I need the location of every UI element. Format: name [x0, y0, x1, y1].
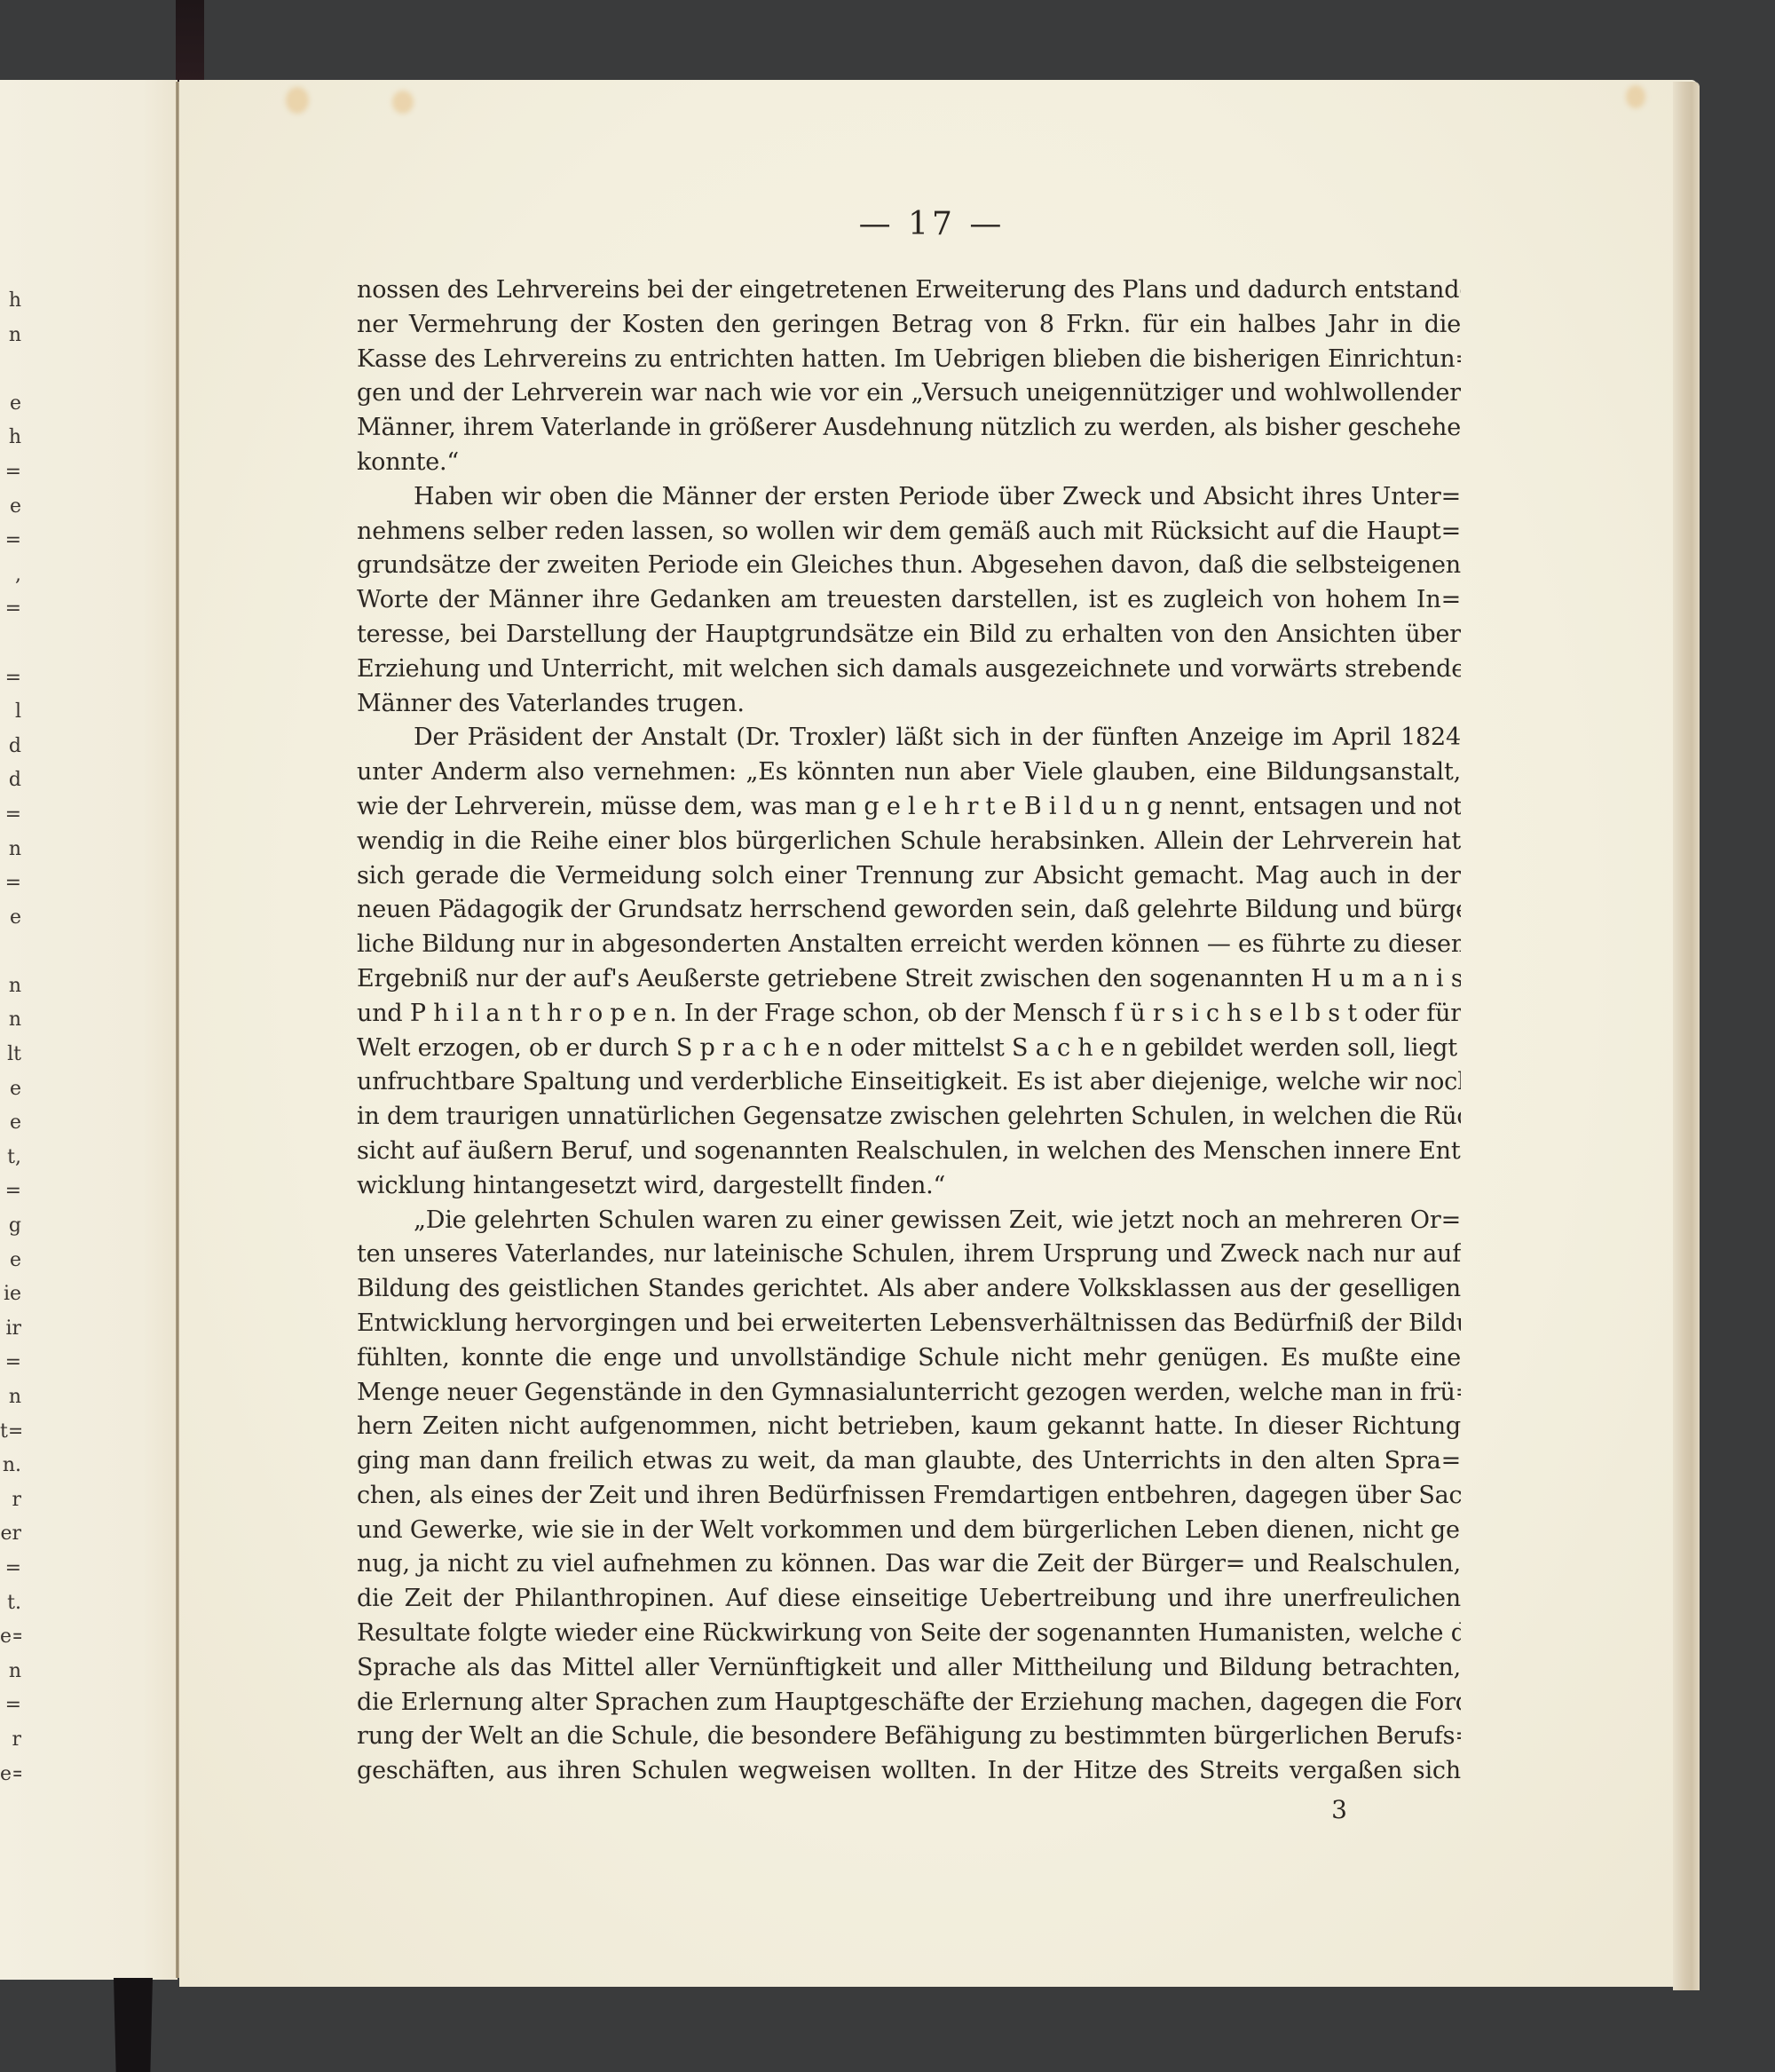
- left-page-fragment: n: [0, 1003, 21, 1038]
- text-line: die Zeit der Philanthropinen. Auf diese …: [357, 1582, 1461, 1617]
- left-page-fragment: =: [0, 1688, 21, 1723]
- left-page-fragment: [0, 935, 21, 969]
- text-line: Männer, ihrem Vaterlande in größerer Aus…: [357, 411, 1461, 446]
- left-page-fragment: n.: [0, 1449, 21, 1483]
- left-page-fragment: e: [0, 901, 21, 936]
- text-line: Bildung des geistlichen Standes gerichte…: [357, 1272, 1461, 1307]
- text-line: Kasse des Lehrvereins zu entrichten hatt…: [357, 343, 1461, 377]
- text-line: Haben wir oben die Männer der ersten Per…: [357, 480, 1461, 515]
- left-page-fragment: n: [0, 1655, 21, 1689]
- text-line: fühlten, konnte die enge und unvollständ…: [357, 1341, 1461, 1376]
- text-line: nug, ja nicht zu viel aufnehmen zu könne…: [357, 1547, 1461, 1582]
- left-page-text-fragments: hneh=e=,==ldd=n=ennlteet,=geieir=nt=n.re…: [0, 284, 21, 1791]
- text-line: Resultate folgte wieder eine Rückwirkung…: [357, 1617, 1461, 1651]
- left-page-fragment: n: [0, 1380, 21, 1415]
- signature-mark: 3: [1326, 1795, 1353, 1824]
- text-line: rung der Welt an die Schule, die besonde…: [357, 1720, 1461, 1754]
- left-page: [0, 80, 177, 1980]
- text-line: wie der Lehrverein, müsse dem, was man g…: [357, 790, 1461, 825]
- left-page-fragment: e: [0, 1244, 21, 1278]
- binding-spine-bottom: [114, 1978, 153, 2072]
- page-block-edge: [1673, 82, 1700, 1990]
- text-line: konnte.“: [357, 446, 1461, 480]
- text-line: grundsätze der zweiten Periode ein Gleic…: [357, 549, 1461, 583]
- book-gutter: [176, 82, 179, 1978]
- foxing-stain: [1626, 85, 1645, 108]
- left-page-fragment: h: [0, 421, 21, 455]
- text-line: hern Zeiten nicht aufgenommen, nicht bet…: [357, 1410, 1461, 1444]
- left-page-fragment: e=: [0, 1758, 21, 1792]
- left-page-fragment: d: [0, 763, 21, 798]
- left-page-fragment: l: [0, 695, 21, 730]
- text-line: geschäften, aus ihren Schulen wegweisen …: [357, 1754, 1461, 1789]
- left-page-fragment: n: [0, 319, 21, 353]
- left-page-fragment: n: [0, 833, 21, 867]
- left-page-fragment: ie: [0, 1277, 21, 1312]
- text-line: chen, als eines der Zeit und ihren Bedür…: [357, 1479, 1461, 1514]
- left-page-fragment: ,: [0, 558, 21, 593]
- text-line: nossen des Lehrvereins bei der eingetret…: [357, 273, 1461, 308]
- text-line: „Die gelehrten Schulen waren zu einer ge…: [357, 1204, 1461, 1238]
- text-line: unter Anderm also vernehmen: „Es könnten…: [357, 755, 1461, 790]
- text-line: Sprache als das Mittel aller Vernünftigk…: [357, 1651, 1461, 1686]
- text-line: teresse, bei Darstellung der Hauptgrunds…: [357, 618, 1461, 652]
- text-line: nehmens selber reden lassen, so wollen w…: [357, 515, 1461, 550]
- left-page-fragment: =: [0, 524, 21, 558]
- left-page-fragment: g: [0, 1209, 21, 1244]
- left-page-fragment: [0, 352, 21, 387]
- page-number: — 17 —: [825, 206, 1038, 242]
- text-line: gen und der Lehrverein war nach wie vor …: [357, 376, 1461, 411]
- foxing-stain: [392, 91, 414, 114]
- text-line: Entwicklung hervorgingen und bei erweite…: [357, 1307, 1461, 1341]
- text-line: und P h i l a n t h r o p e n. In der Fr…: [357, 997, 1461, 1032]
- left-page-fragment: d: [0, 730, 21, 764]
- left-page-fragment: n: [0, 969, 21, 1004]
- left-page-fragment: lt: [0, 1038, 21, 1072]
- left-page-fragment: e: [0, 387, 21, 422]
- left-page-fragment: =: [0, 798, 21, 833]
- text-line: ner Vermehrung der Kosten den geringen B…: [357, 308, 1461, 343]
- text-line: ging man dann freilich etwas zu weit, da…: [357, 1444, 1461, 1479]
- left-page-fragment: =: [0, 592, 21, 627]
- left-page-fragment: e: [0, 1072, 21, 1107]
- left-page-fragment: e: [0, 1106, 21, 1141]
- text-line: sicht auf äußern Beruf, und sogenannten …: [357, 1135, 1461, 1169]
- left-page-fragment: =: [0, 1346, 21, 1380]
- text-line: unfruchtbare Spaltung und verderbliche E…: [357, 1065, 1461, 1100]
- left-page-fragment: t=: [0, 1415, 21, 1450]
- text-line: Männer des Vaterlandes trugen.: [357, 687, 1461, 722]
- text-line: wicklung hintangesetzt wird, dargestellt…: [357, 1169, 1461, 1204]
- text-line: die Erlernung alter Sprachen zum Hauptge…: [357, 1686, 1461, 1720]
- left-page-fragment: e=: [0, 1620, 21, 1655]
- left-page-fragment: =: [0, 455, 21, 490]
- text-line: liche Bildung nur in abgesonderten Ansta…: [357, 928, 1461, 962]
- text-line: ten unseres Vaterlandes, nur lateinische…: [357, 1238, 1461, 1272]
- text-line: Welt erzogen, ob er durch S p r a c h e …: [357, 1032, 1461, 1066]
- left-page-fragment: er: [0, 1517, 21, 1552]
- left-page-fragment: =: [0, 1174, 21, 1209]
- text-line: Ergebniß nur der auf's Aeußerste getrieb…: [357, 962, 1461, 997]
- left-page-fragment: t.: [0, 1586, 21, 1621]
- left-page-fragment: =: [0, 661, 21, 696]
- left-page-fragment: ir: [0, 1312, 21, 1347]
- body-text: nossen des Lehrvereins bei der eingetret…: [357, 273, 1461, 1789]
- text-line: Worte der Männer ihre Gedanken am treues…: [357, 583, 1461, 618]
- left-page-fragment: r: [0, 1723, 21, 1758]
- left-page-fragment: [0, 627, 21, 661]
- left-page-fragment: t,: [0, 1141, 21, 1175]
- left-page-fragment: =: [0, 866, 21, 901]
- foxing-stain: [286, 87, 309, 114]
- left-page-fragment: r: [0, 1483, 21, 1518]
- text-line: Der Präsident der Anstalt (Dr. Troxler) …: [357, 721, 1461, 755]
- left-page-fragment: =: [0, 1552, 21, 1586]
- text-line: Menge neuer Gegenstände in den Gymnasial…: [357, 1376, 1461, 1411]
- text-line: sich gerade die Vermeidung solch einer T…: [357, 859, 1461, 894]
- text-line: wendig in die Reihe einer blos bürgerlic…: [357, 825, 1461, 859]
- text-line: und Gewerke, wie sie in der Welt vorkomm…: [357, 1514, 1461, 1548]
- text-line: Erziehung und Unterricht, mit welchen si…: [357, 652, 1461, 687]
- left-page-fragment: h: [0, 284, 21, 319]
- binding-spine-top: [176, 0, 204, 87]
- text-line: in dem traurigen unnatürlichen Gegensatz…: [357, 1100, 1461, 1135]
- text-line: neuen Pädagogik der Grundsatz herrschend…: [357, 893, 1461, 928]
- left-page-fragment: e: [0, 490, 21, 525]
